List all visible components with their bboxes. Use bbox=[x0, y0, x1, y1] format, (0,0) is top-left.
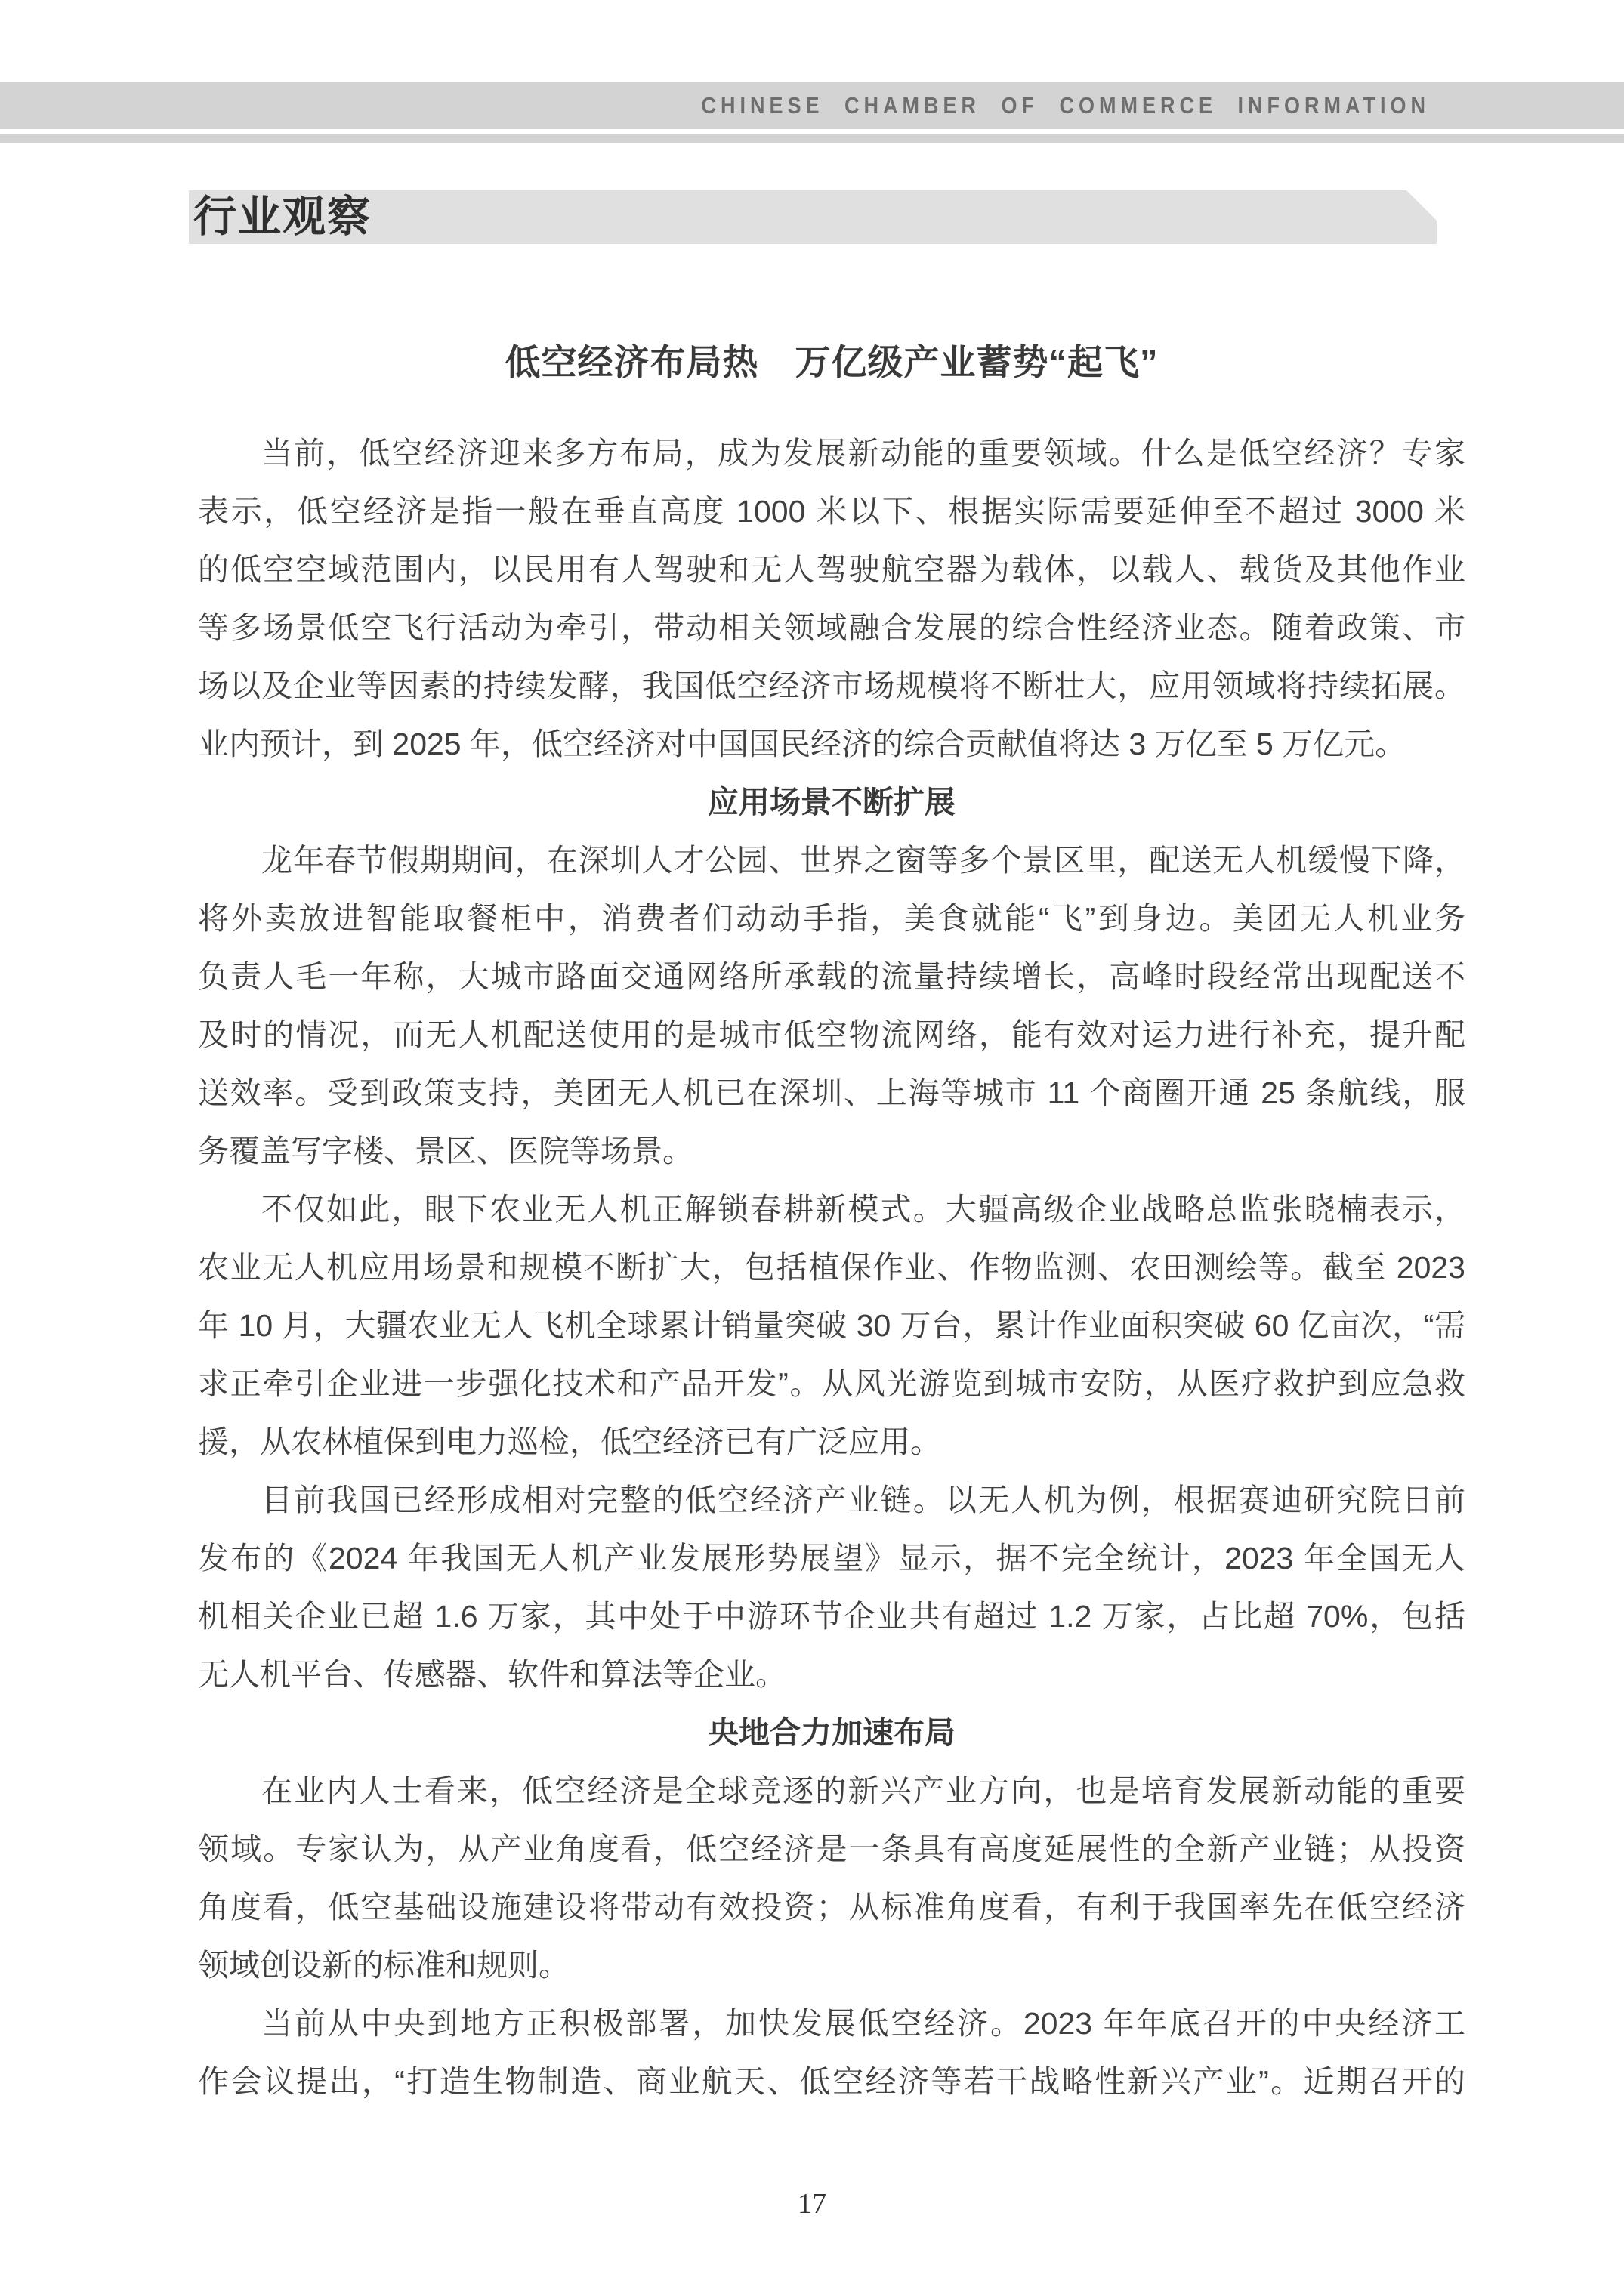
article-line: 龙年春节假期期间，在深圳人才公园、世界之窗等多个景区里，配送无人机缓慢下降， bbox=[198, 832, 1465, 890]
article-line: 送效率。受到政策支持，美团无人机已在深圳、上海等城市 11 个商圈开通 25 条… bbox=[198, 1064, 1465, 1122]
article-line: 场以及企业等因素的持续发酵，我国低空经济市场规模将不断壮大，应用领域将持续拓展。 bbox=[198, 657, 1465, 715]
article-line: 发布的《2024 年我国无人机产业发展形势展望》显示，据不完全统计，2023 年… bbox=[198, 1529, 1465, 1588]
article-line: 农业无人机应用场景和规模不断扩大，包括植保作业、作物监测、农田测绘等。截至 20… bbox=[198, 1239, 1465, 1297]
article-line: 领域。专家认为，从产业角度看，低空经济是一条具有高度延展性的全新产业链；从投资 bbox=[198, 1820, 1465, 1878]
section-subhead: 央地合力加速布局 bbox=[198, 1704, 1465, 1762]
article-line: 援，从农林植保到电力巡检，低空经济已有广泛应用。 bbox=[198, 1413, 1465, 1471]
article-title: 低空经济布局热 万亿级产业蓄势“起飞” bbox=[198, 333, 1465, 391]
article-line: 角度看，低空基础设施建设将带动有效投资；从标准角度看，有利于我国率先在低空经济 bbox=[198, 1878, 1465, 1937]
article-line: 当前，低空经济迎来多方布局，成为发展新动能的重要领域。什么是低空经济？专家 bbox=[198, 424, 1465, 483]
article-line: 当前从中央到地方正积极部署，加快发展低空经济。2023 年年底召开的中央经济工 bbox=[198, 1995, 1465, 2053]
article-line: 领域创设新的标准和规则。 bbox=[198, 1937, 1465, 1995]
article-line: 负责人毛一年称，大城市路面交通网络所承载的流量持续增长，高峰时段经常出现配送不 bbox=[198, 948, 1465, 1006]
article-line: 业内预计，到 2025 年，低空经济对中国国民经济的综合贡献值将达 3 万亿至 … bbox=[198, 715, 1465, 773]
article-line: 将外卖放进智能取餐柜中，消费者们动动手指，美食就能“飞”到身边。美团无人机业务 bbox=[198, 890, 1465, 948]
article-line: 年 10 月，大疆农业无人飞机全球累计销量突破 30 万台，累计作业面积突破 6… bbox=[198, 1297, 1465, 1355]
article-line: 务覆盖写字楼、景区、医院等场景。 bbox=[198, 1122, 1465, 1180]
section-band: 行业观察 bbox=[189, 190, 1437, 244]
article-body: 当前，低空经济迎来多方布局，成为发展新动能的重要领域。什么是低空经济？专家表示，… bbox=[198, 424, 1465, 2111]
header-banner-text: CHINESE CHAMBER OF COMMERCE INFORMATION bbox=[702, 93, 1431, 119]
article-line: 目前我国已经形成相对完整的低空经济产业链。以无人机为例，根据赛迪研究院日前 bbox=[198, 1471, 1465, 1529]
article-line: 作会议提出，“打造生物制造、商业航天、低空经济等若干战略性新兴产业”。近期召开的 bbox=[198, 2053, 1465, 2111]
article-line: 不仅如此，眼下农业无人机正解锁春耕新模式。大疆高级企业战略总监张晓楠表示， bbox=[198, 1180, 1465, 1239]
article-line: 无人机平台、传感器、软件和算法等企业。 bbox=[198, 1646, 1465, 1704]
article-line: 及时的情况，而无人机配送使用的是城市低空物流网络，能有效对运力进行补充，提升配 bbox=[198, 1006, 1465, 1064]
article-line: 在业内人士看来，低空经济是全球竞逐的新兴产业方向，也是培育发展新动能的重要 bbox=[198, 1762, 1465, 1820]
page-number: 17 bbox=[0, 2187, 1624, 2225]
article-line: 的低空空域范围内，以民用有人驾驶和无人驾驶航空器为载体，以载人、载货及其他作业 bbox=[198, 541, 1465, 599]
section-title: 行业观察 bbox=[189, 196, 372, 239]
section-subhead: 应用场景不断扩展 bbox=[198, 773, 1465, 832]
header-banner: CHINESE CHAMBER OF COMMERCE INFORMATION bbox=[0, 82, 1624, 129]
article-line: 求正牵引企业进一步强化技术和产品开发”。从风光游览到城市安防，从医疗救护到应急救 bbox=[198, 1355, 1465, 1413]
article-line: 机相关企业已超 1.6 万家，其中处于中游环节企业共有超过 1.2 万家，占比超… bbox=[198, 1588, 1465, 1646]
article-line: 表示，低空经济是指一般在垂直高度 1000 米以下、根据实际需要延伸至不超过 3… bbox=[198, 483, 1465, 541]
article-line: 等多场景低空飞行活动为牵引，带动相关领域融合发展的综合性经济业态。随着政策、市 bbox=[198, 599, 1465, 657]
magazine-page: CHINESE CHAMBER OF COMMERCE INFORMATION … bbox=[0, 0, 1624, 2293]
header-stripe bbox=[0, 134, 1624, 143]
